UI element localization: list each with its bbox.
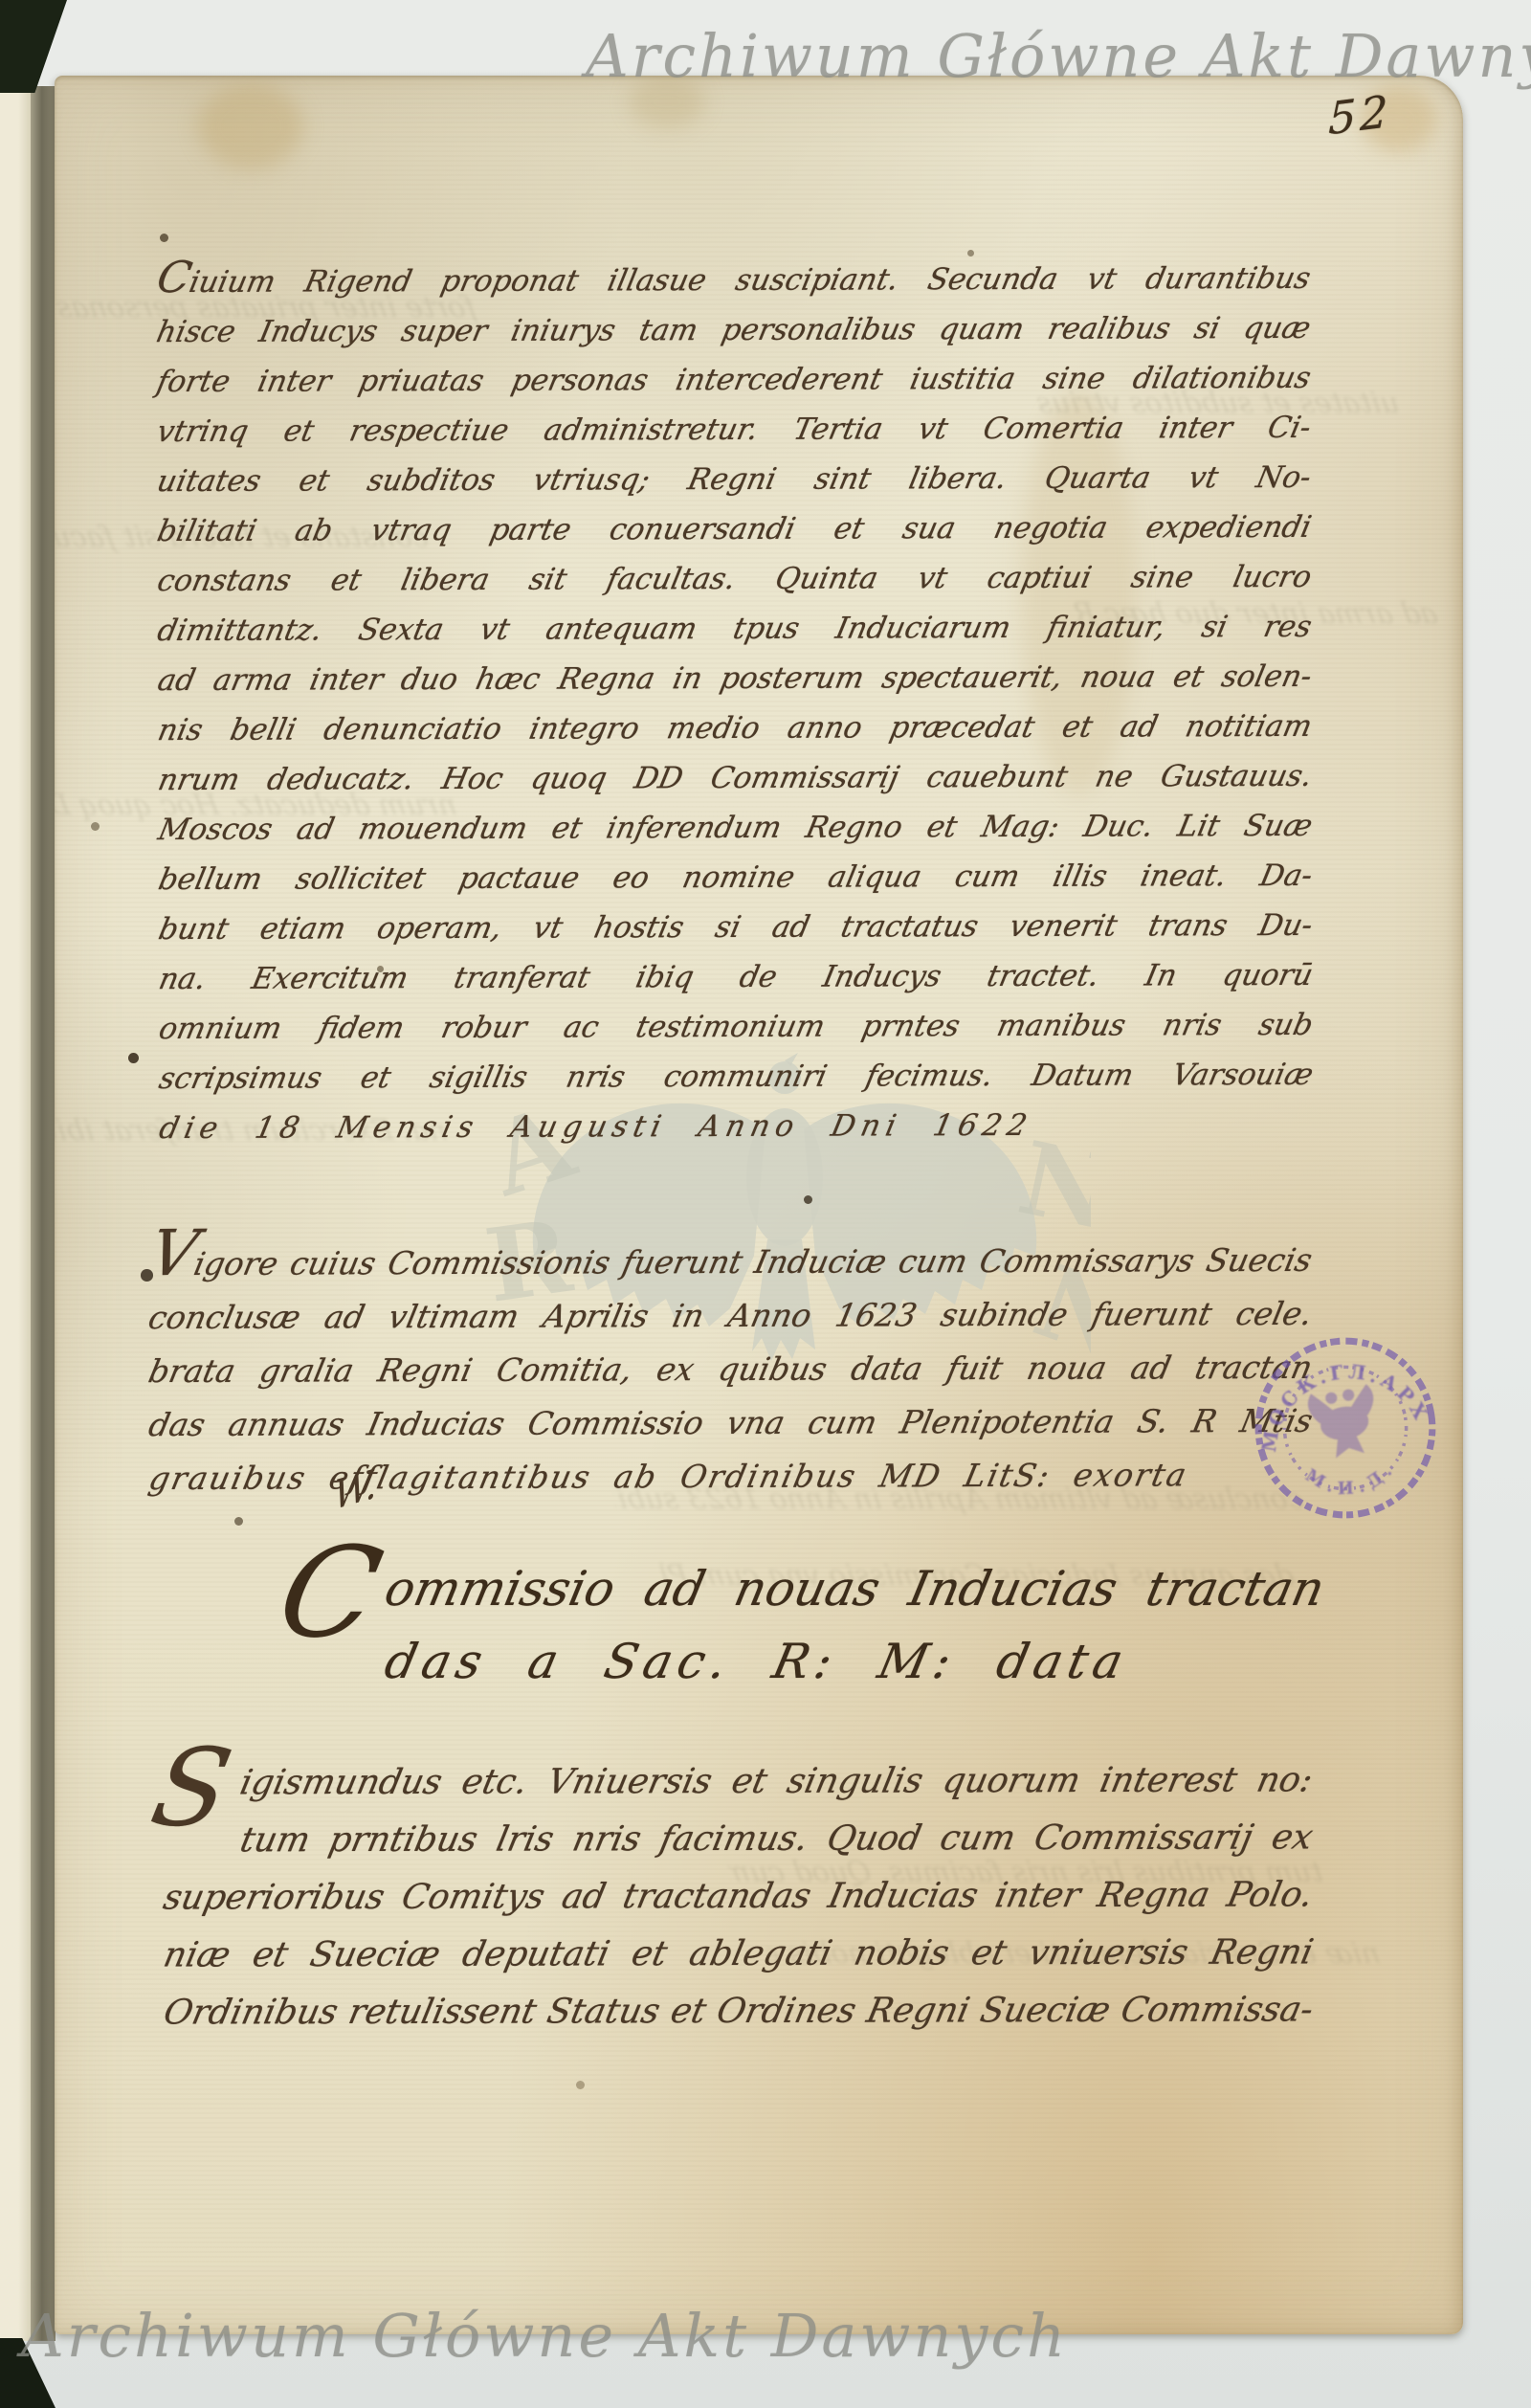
manuscript-line: tum prntibus lris nris facimus. Quod cum… (158, 1809, 1319, 1869)
manuscript-line: nrum deducatz. Hoc quoq DD Commissarij c… (153, 751, 1317, 805)
paragraph-1: Ciuium Rigend proponat illasue suscipian… (151, 249, 1307, 1153)
manuscript-line: constans et libera sit facultas. Quinta … (153, 552, 1317, 606)
svg-text:М.И.Д.: М.И.Д. (1299, 1451, 1404, 1508)
stamp-eagle-blob (1306, 1383, 1383, 1461)
manuscript-line: superioribus Comitys ad tractandas Induc… (158, 1866, 1319, 1927)
manuscript-line: brata gralia Regni Comitia, ex quibus da… (144, 1341, 1318, 1398)
archive-ink-stamp: МОСК.ГЛ.АРХИВЪ М.И.Д. (1228, 1310, 1463, 1546)
manuscript-line: Ordinibus retulissent Status et Ordines … (158, 1981, 1319, 2041)
manuscript-line: das annuas Inducias Commissio vna cum Pl… (144, 1394, 1318, 1452)
manuscript-line: omnium fidem robur ac testimonium prntes… (154, 1000, 1318, 1054)
manuscript-page: forte inter priuatas personas interceder… (55, 76, 1463, 2334)
paragraph-3: Sigismundus etc. Vniuersis et singulis q… (158, 1751, 1307, 2041)
manuscript-line: bellum sollicitet pactaue eo nomine aliq… (154, 851, 1318, 904)
manuscript-line: Sigismundus etc. Vniuersis et singulis q… (158, 1751, 1319, 1812)
manuscript-line: uitates et subditos vtriusq; Regni sint … (152, 453, 1316, 506)
heading-line: Commissio ad nouas Inducias tractan (287, 1552, 1331, 1625)
scanned-manuscript-viewer: { "watermark": { "text": "Archiwum Główn… (0, 0, 1531, 2408)
manuscript-line: nis belli denunciatio integro medio anno… (153, 702, 1317, 755)
manuscript-line: ad arma inter duo hæc Regna in posterum … (153, 652, 1317, 705)
manuscript-line: hisce Inducys super iniurys tam personal… (152, 303, 1316, 357)
manuscript-line: Moscos ad mouendum et inferendum Regno e… (154, 801, 1318, 855)
manuscript-line: niæ et Sueciæ deputati et ablegati nobis… (158, 1924, 1319, 1984)
manuscript-line: bilitati ab vtraq parte conuersandi et s… (152, 502, 1316, 556)
manuscript-line: Vigore cuius Commissionis fuerunt Induci… (144, 1225, 1320, 1291)
manuscript-line: conclusæ ad vltimam Aprilis in Anno 1623… (144, 1287, 1318, 1345)
archive-watermark-text: Archiwum Główne Akt Dawnych (586, 21, 1531, 91)
paragraph-2: Vigore cuius Commissionis fuerunt Induci… (143, 1225, 1306, 1505)
manuscript-line: vtrinq et respectiue administretur. Tert… (152, 403, 1316, 457)
binding-gutter-shadow (31, 86, 55, 2341)
ink-specks (55, 76, 59, 80)
manuscript-line: grauibus efflagitantibus ab Ordinibus MD… (144, 1448, 1319, 1505)
stamp-rim-text-bottom: М.И.Д. (1299, 1451, 1404, 1508)
manuscript-line: dimittantz. Sexta vt antequam tpus Induc… (153, 602, 1317, 656)
manuscript-line: bunt etiam operam, vt hostis si ad tract… (154, 901, 1318, 954)
heading-line: das a Sac. R: M: data (287, 1625, 1331, 1698)
manuscript-line: forte inter priuatas personas interceder… (152, 353, 1316, 407)
manuscript-line: Ciuium Rigend proponat illasue suscipian… (152, 249, 1317, 307)
section-heading: Commissio ad nouas Inducias tractan das … (287, 1552, 1316, 1698)
archive-watermark-text: Archiwum Główne Akt Dawnych (21, 2301, 1068, 2371)
manuscript-line: na. Exercitum tranferat ibiq de Inducys … (154, 950, 1318, 1004)
paper-stain (198, 83, 303, 169)
manuscript-line: scripsimus et sigillis nris communiri fe… (154, 1050, 1318, 1104)
folio-number: 52 (1328, 85, 1392, 145)
previous-page-edge (0, 90, 31, 2341)
manuscript-line-dateline: die 18 Mensis Augusti Anno Dni 1622 (155, 1100, 1319, 1153)
